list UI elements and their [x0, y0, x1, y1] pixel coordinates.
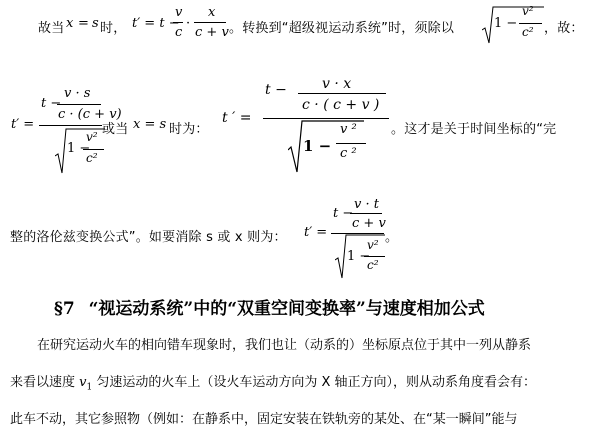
inner-denominator: c + v	[352, 216, 386, 231]
text-suffix: 。这才是关于时间坐标的“完	[391, 118, 556, 137]
sqrt-numerator: v ²	[340, 122, 357, 137]
text-suffix: ，故：	[544, 17, 584, 36]
math-cond: x = s	[133, 117, 166, 132]
main-bar	[39, 125, 102, 126]
inner-numerator: v · x	[322, 76, 351, 92]
inner-bar	[57, 104, 101, 105]
paragraph-line-2: 来看以速度 v1 匀速运动的火车上（设火车运动方向为 X 轴正方向），则从动系角…	[10, 371, 536, 393]
sqrt-frac-bar	[83, 149, 104, 150]
frac1-bar	[173, 22, 183, 23]
math-subscript: 1	[87, 383, 93, 393]
sqrt-frac-bar	[364, 256, 385, 257]
section-title: “视运动系统”中的“双重空间变换率”与速度相加公式	[89, 299, 485, 319]
sqrt-numerator: v²	[86, 130, 98, 144]
sqrt-frac-bar	[519, 23, 542, 24]
text-line3: 整的洛伦兹变换公式”。如要消除 s 或 x 则为：	[10, 226, 287, 245]
text-cond-suffix: 时，	[100, 17, 126, 36]
text-part-b: 匀速运动的火车上（设火车运动方向为 X 轴正方向），则从动系角度看会有：	[96, 375, 536, 390]
sqrt-denominator: c²	[367, 258, 379, 272]
text-middle: 。转换到“超级视运动系统”时，须除以	[229, 17, 454, 36]
section-number: §7	[54, 299, 75, 319]
math-eq: =	[78, 16, 89, 31]
inner-numerator: v · s	[64, 86, 90, 101]
sqrt-numerator: v²	[367, 238, 379, 252]
inner-bar	[298, 93, 386, 94]
sqrt-one: 1 −	[494, 16, 517, 31]
text-middle-b: 时为：	[169, 118, 209, 137]
formula-lhs: t′ = t −	[132, 16, 180, 31]
math-var-x: x	[66, 16, 73, 31]
text-middle-a: 或当	[102, 118, 128, 137]
sqrt-denominator: c ²	[340, 146, 357, 161]
frac1-denominator: c	[175, 25, 182, 40]
section-heading: §7 “视运动系统”中的“双重空间变换率”与速度相加公式	[54, 294, 485, 319]
inner-denominator: c · ( c + v )	[302, 97, 379, 113]
inner-bar	[350, 213, 382, 214]
math-dot: ·	[186, 16, 190, 31]
sqrt-numerator: v²	[522, 4, 534, 18]
inner-t: t −	[265, 82, 287, 98]
frac2-bar	[194, 22, 226, 23]
math-v: v	[79, 375, 86, 390]
text-prefix: 故当	[38, 17, 64, 36]
paragraph-line-1: 在研究运动火车的相向错车现象时，我们也让（动系的）坐标原点位于其中一列从静系	[37, 334, 531, 353]
formula-lhs: t ′ =	[222, 110, 251, 126]
paragraph-line-3: 此车不动，其它参照物（例如：在静系中，固定安装在铁轨旁的某处、在“某一瞬间”能与	[10, 408, 517, 427]
math-var-s: s	[92, 16, 99, 31]
frac1-numerator: v	[175, 5, 182, 20]
frac2-numerator: x	[208, 5, 215, 20]
sqrt-denominator: c²	[522, 25, 534, 39]
frac2-denominator: c + v	[195, 25, 229, 40]
sqrt-one: 1 −	[303, 137, 331, 155]
main-bar	[263, 118, 389, 119]
sqrt-denominator: c²	[86, 151, 98, 165]
text-suffix: 。	[385, 226, 398, 245]
text-part-a: 来看以速度	[10, 375, 75, 390]
formula-lhs: t′ =	[11, 117, 34, 132]
sqrt-frac-bar	[336, 143, 366, 144]
inner-numerator: v · t	[354, 197, 379, 212]
formula-lhs: t′ =	[304, 225, 327, 240]
